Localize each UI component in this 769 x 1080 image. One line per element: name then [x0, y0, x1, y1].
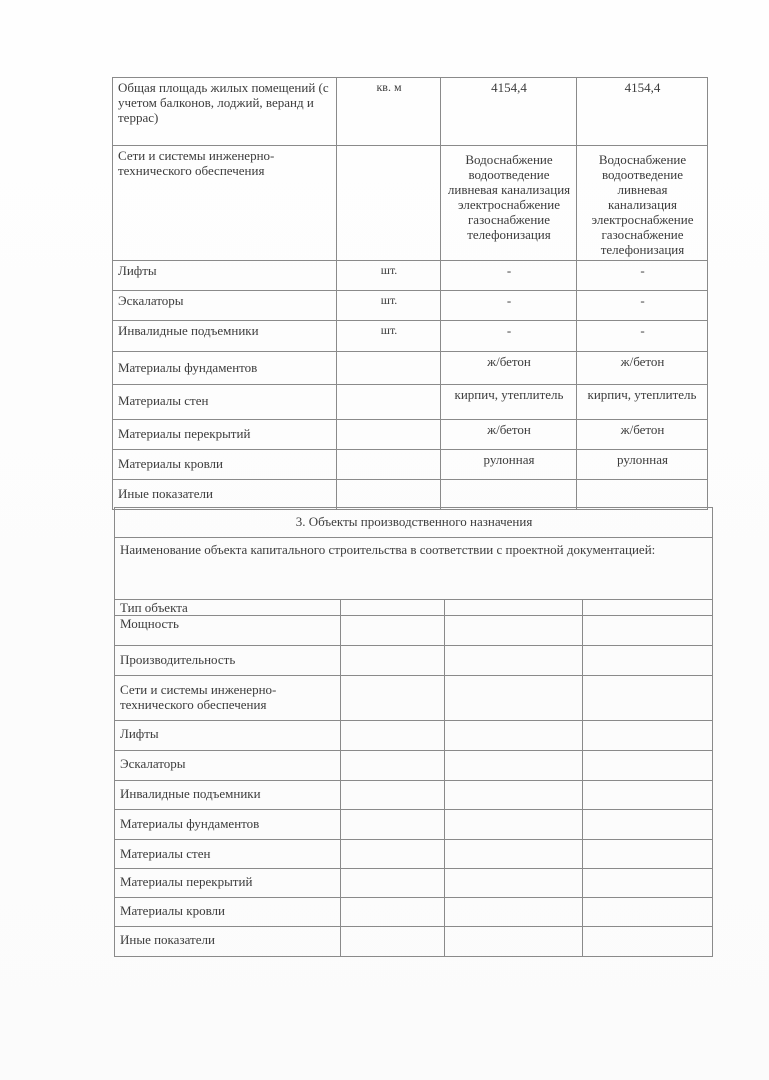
- row-value-2: [583, 721, 713, 751]
- row-unit: [341, 869, 445, 898]
- row-value-1: [445, 600, 583, 616]
- row-value-2: кирпич, утеплитель: [577, 385, 708, 420]
- row-value-2: [583, 781, 713, 810]
- row-value-1: рулонная: [441, 450, 577, 480]
- table-row: Материалы кровли: [115, 898, 713, 927]
- section-title: 3. Объекты производственного назначения: [115, 508, 713, 538]
- row-value-1: [445, 810, 583, 840]
- object-name-label: Наименование объекта капитального строит…: [115, 538, 713, 600]
- row-value-2: рулонная: [577, 450, 708, 480]
- row-value-1: кирпич, утеплитель: [441, 385, 577, 420]
- row-label: Лифты: [113, 261, 337, 291]
- row-value-1: [441, 480, 577, 510]
- table-row: Материалы перекрытий: [115, 869, 713, 898]
- row-unit: [341, 676, 445, 721]
- row-label: Иные показатели: [115, 927, 341, 957]
- row-value-1: [445, 840, 583, 869]
- row-unit: [341, 840, 445, 869]
- row-value-2: Водоснабжение водоотведение ливневая кан…: [577, 146, 708, 261]
- row-label: Сети и системы инженерно-технического об…: [113, 146, 337, 261]
- table-row: Сети и системы инженерно-технического об…: [113, 146, 708, 261]
- row-value-1: [445, 781, 583, 810]
- row-label: Материалы стен: [113, 385, 337, 420]
- table-row: Материалы кровли рулонная рулонная: [113, 450, 708, 480]
- row-value-2: -: [577, 261, 708, 291]
- row-value-1: -: [441, 291, 577, 321]
- row-unit: [337, 385, 441, 420]
- row-label: Эскалаторы: [113, 291, 337, 321]
- document-page: Общая площадь жилых помещений (с учетом …: [0, 0, 769, 1080]
- row-unit: [337, 352, 441, 385]
- row-label: Материалы фундаментов: [115, 810, 341, 840]
- row-label: Мощность: [115, 616, 341, 646]
- row-label: Лифты: [115, 721, 341, 751]
- row-value-2: -: [577, 321, 708, 352]
- table-row: Материалы стен кирпич, утеплитель кирпич…: [113, 385, 708, 420]
- row-unit: шт.: [337, 321, 441, 352]
- row-label: Сети и системы инженерно-технического об…: [115, 676, 341, 721]
- row-label: Материалы перекрытий: [115, 869, 341, 898]
- row-label: Материалы кровли: [115, 898, 341, 927]
- row-value-1: ж/бетон: [441, 420, 577, 450]
- row-unit: [337, 420, 441, 450]
- row-unit: [337, 450, 441, 480]
- row-value-2: [583, 646, 713, 676]
- row-value-1: [445, 869, 583, 898]
- table-row: Тип объекта: [115, 600, 713, 616]
- row-label: Общая площадь жилых помещений (с учетом …: [113, 78, 337, 146]
- row-value-2: -: [577, 291, 708, 321]
- row-label: Иные показатели: [113, 480, 337, 510]
- row-unit: [341, 616, 445, 646]
- row-value-2: [583, 600, 713, 616]
- industrial-objects-table: 3. Объекты производственного назначения …: [114, 507, 713, 957]
- row-value-1: [445, 751, 583, 781]
- table-row: Лифты шт. - -: [113, 261, 708, 291]
- row-value-1: Водоснабжение водоотведение ливневая кан…: [441, 146, 577, 261]
- row-label: Производительность: [115, 646, 341, 676]
- row-value-2: ж/бетон: [577, 352, 708, 385]
- residential-indicators-table: Общая площадь жилых помещений (с учетом …: [112, 77, 708, 510]
- row-value-1: [445, 646, 583, 676]
- row-label: Инвалидные подъемники: [115, 781, 341, 810]
- row-value-1: [445, 676, 583, 721]
- table-row: Иные показатели: [115, 927, 713, 957]
- table-row: Общая площадь жилых помещений (с учетом …: [113, 78, 708, 146]
- row-label: Материалы кровли: [113, 450, 337, 480]
- table-row: Инвалидные подъемники: [115, 781, 713, 810]
- row-value-2: [583, 676, 713, 721]
- table-row: Инвалидные подъемники шт. - -: [113, 321, 708, 352]
- row-unit: [337, 480, 441, 510]
- row-value-2: [583, 927, 713, 957]
- row-value-1: -: [441, 261, 577, 291]
- table-row: Материалы перекрытий ж/бетон ж/бетон: [113, 420, 708, 450]
- table-row: Иные показатели: [113, 480, 708, 510]
- row-unit: кв. м: [337, 78, 441, 146]
- table-row: Материалы фундаментов ж/бетон ж/бетон: [113, 352, 708, 385]
- row-value-1: [445, 616, 583, 646]
- row-value-1: 4154,4: [441, 78, 577, 146]
- row-unit: шт.: [337, 291, 441, 321]
- row-unit: [337, 146, 441, 261]
- row-unit: шт.: [337, 261, 441, 291]
- row-unit: [341, 810, 445, 840]
- row-value-2: [583, 616, 713, 646]
- row-unit: [341, 600, 445, 616]
- row-value-1: [445, 927, 583, 957]
- row-unit: [341, 646, 445, 676]
- table-row: Материалы фундаментов: [115, 810, 713, 840]
- row-value-2: [583, 751, 713, 781]
- row-value-2: [577, 480, 708, 510]
- row-label: Тип объекта: [115, 600, 341, 616]
- row-unit: [341, 781, 445, 810]
- row-label: Материалы перекрытий: [113, 420, 337, 450]
- row-value-2: [583, 810, 713, 840]
- row-unit: [341, 751, 445, 781]
- object-name-row: Наименование объекта капитального строит…: [115, 538, 713, 600]
- row-value-2: [583, 898, 713, 927]
- row-value-1: -: [441, 321, 577, 352]
- row-value-1: ж/бетон: [441, 352, 577, 385]
- row-value-1: [445, 721, 583, 751]
- row-label: Эскалаторы: [115, 751, 341, 781]
- table-row: Мощность: [115, 616, 713, 646]
- row-value-2: ж/бетон: [577, 420, 708, 450]
- table-row: Лифты: [115, 721, 713, 751]
- row-label: Материалы фундаментов: [113, 352, 337, 385]
- section-title-row: 3. Объекты производственного назначения: [115, 508, 713, 538]
- table-row: Материалы стен: [115, 840, 713, 869]
- row-unit: [341, 721, 445, 751]
- row-label: Материалы стен: [115, 840, 341, 869]
- table-row: Производительность: [115, 646, 713, 676]
- row-label: Инвалидные подъемники: [113, 321, 337, 352]
- table-row: Эскалаторы: [115, 751, 713, 781]
- table-row: Эскалаторы шт. - -: [113, 291, 708, 321]
- table-row: Сети и системы инженерно-технического об…: [115, 676, 713, 721]
- row-value-2: [583, 840, 713, 869]
- row-unit: [341, 898, 445, 927]
- row-value-2: 4154,4: [577, 78, 708, 146]
- row-unit: [341, 927, 445, 957]
- row-value-2: [583, 869, 713, 898]
- row-value-1: [445, 898, 583, 927]
